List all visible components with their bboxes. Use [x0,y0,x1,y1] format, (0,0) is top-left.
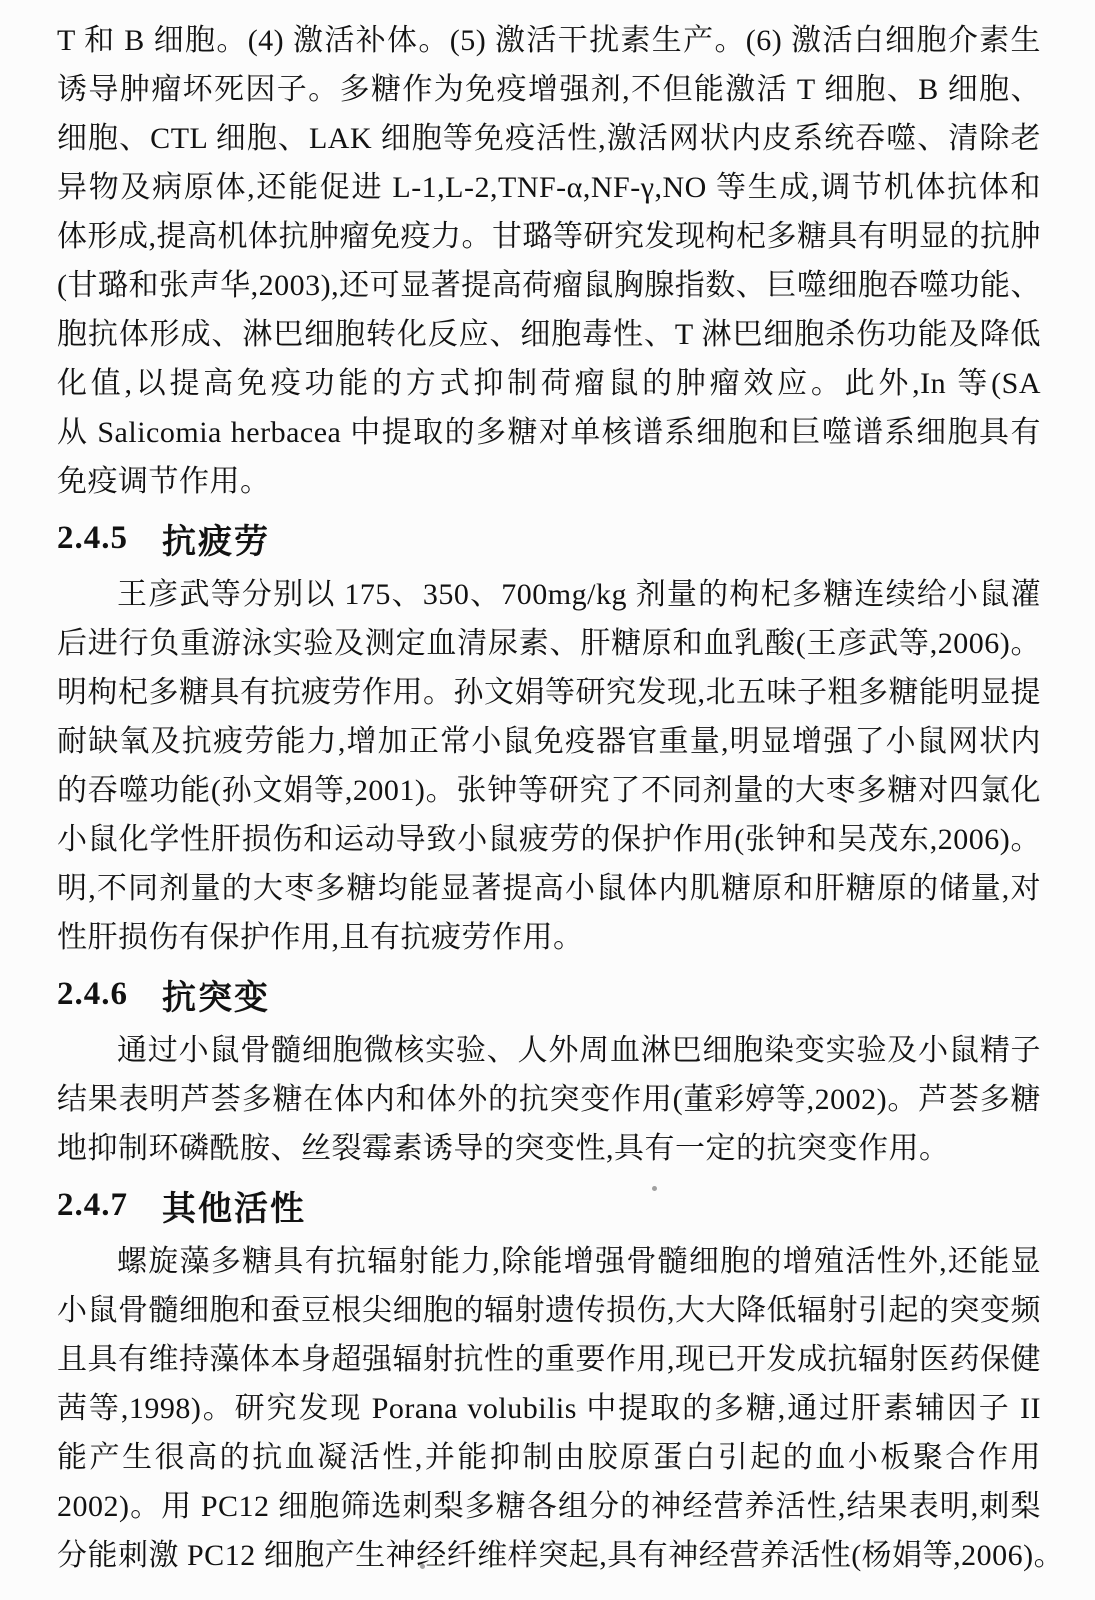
section-number: 2.4.6 [57,976,128,1013]
text-line: (甘璐和张声华,2003),还可显著提高荷瘤鼠胸腺指数、巨噬细胞吞噬功能、脾细 [57,261,1041,310]
section-title: 其他活性 [162,1181,306,1230]
text-line: 诱导肿瘤坏死因子。多糖作为免疫增强剂,不但能激活 T 细胞、B 细胞、Mφ 及 … [57,65,1041,114]
text-line: 细胞、CTL 细胞、LAK 细胞等免疫活性,激活网状内皮系统吞噬、清除老化细胞和 [57,114,1041,163]
section-heading: 2.4.6抗突变 [57,962,1041,1026]
section-number: 2.4.7 [57,1187,128,1224]
text-line: 地抑制环磷酰胺、丝裂霉素诱导的突变性,具有一定的抗突变作用。 [57,1124,1041,1173]
text-line: 结果表明芦荟多糖在体内和体外的抗突变作用(董彩婷等,2002)。芦荟多糖可有效 [57,1075,1041,1124]
text-line: 小鼠化学性肝损伤和运动导致小鼠疲劳的保护作用(张钟和吴茂东,2006)。结果表 [57,815,1041,864]
page-text-content: T 和 B 细胞。(4) 激活补体。(5) 激活干扰素生产。(6) 激活白细胞介… [57,16,1041,1580]
section-heading: 2.4.7其他活性 [57,1173,1041,1237]
text-line: 胞抗体形成、淋巴细胞转化反应、细胞毒性、T 淋巴细胞杀伤功能及降低脂质过氧 [57,310,1041,359]
text-line: 茜等,1998)。研究发现 Porana volubilis 中提取的多糖,通过… [57,1384,1041,1433]
text-line: 明,不同剂量的大枣多糖均能显著提高小鼠体内肌糖原和肝糖原的储量,对小鼠急 [57,864,1041,913]
text-line: 耐缺氧及抗疲劳能力,增加正常小鼠免疫器官重量,明显增强了小鼠网状内皮系统 [57,717,1041,766]
section-number: 2.4.5 [57,520,128,557]
text-line: 体形成,提高机体抗肿瘤免疫力。甘璐等研究发现枸杞多糖具有明显的抗肿瘤活性 [57,212,1041,261]
text-line: 且具有维持藻体本身超强辐射抗性的重要作用,现已开发成抗辐射医药保健品(刘 [57,1335,1041,1384]
text-line: 分能刺激 PC12 细胞产生神经纤维样突起,具有神经营养活性(杨娟等,2006)… [57,1531,1041,1580]
text-line: T 和 B 细胞。(4) 激活补体。(5) 激活干扰素生产。(6) 激活白细胞介… [57,16,1041,65]
section-heading: 2.4.5抗疲劳 [57,506,1041,570]
text-line: 后进行负重游泳实验及测定血清尿素、肝糖原和血乳酸(王彦武等,2006)。结果表 [57,619,1041,668]
text-line: 2002)。用 PC12 细胞筛选刺梨多糖各组分的神经营养活性,结果表明,刺梨多… [57,1482,1041,1531]
text-line: 能产生很高的抗血凝活性,并能抑制由胶原蛋白引起的血小板聚合作用(Yoon et … [57,1433,1041,1482]
text-line: 化值,以提高免疫功能的方式抑制荷瘤鼠的肿瘤效应。此外,In 等(SA 等,200… [57,359,1041,408]
text-line: 王彦武等分别以 175、350、700mg/kg 剂量的枸杞多糖连续给小鼠灌胃 … [57,570,1041,619]
text-line: 的吞噬功能(孙文娟等,2001)。张钟等研究了不同剂量的大枣多糖对四氯化碳所致 [57,766,1041,815]
text-line: 从 Salicomia herbacea 中提取的多糖对单核谱系细胞和巨噬谱系细… [57,408,1041,457]
scan-speck [420,1564,425,1569]
text-line: 明枸杞多糖具有抗疲劳作用。孙文娟等研究发现,北五味子粗多糖能明显提高小鼠 [57,668,1041,717]
scan-speck [652,1186,657,1191]
section-title: 抗疲劳 [162,514,270,563]
section-title: 抗突变 [162,970,270,1019]
scanned-book-page: T 和 B 细胞。(4) 激活补体。(5) 激活干扰素生产。(6) 激活白细胞介… [0,0,1095,1600]
text-line: 性肝损伤有保护作用,且有抗疲劳作用。 [57,913,1041,962]
text-line: 异物及病原体,还能促进 L-1,L-2,TNF-α,NF-γ,NO 等生成,调节… [57,163,1041,212]
text-line: 免疫调节作用。 [57,457,1041,506]
text-line: 通过小鼠骨髓细胞微核实验、人外周血淋巴细胞染变实验及小鼠精子畸形实验, [57,1026,1041,1075]
text-line: 螺旋藻多糖具有抗辐射能力,除能增强骨髓细胞的增殖活性外,还能显著减轻 [57,1237,1041,1286]
text-line: 小鼠骨髓细胞和蚕豆根尖细胞的辐射遗传损伤,大大降低辐射引起的突变频率,而 [57,1286,1041,1335]
